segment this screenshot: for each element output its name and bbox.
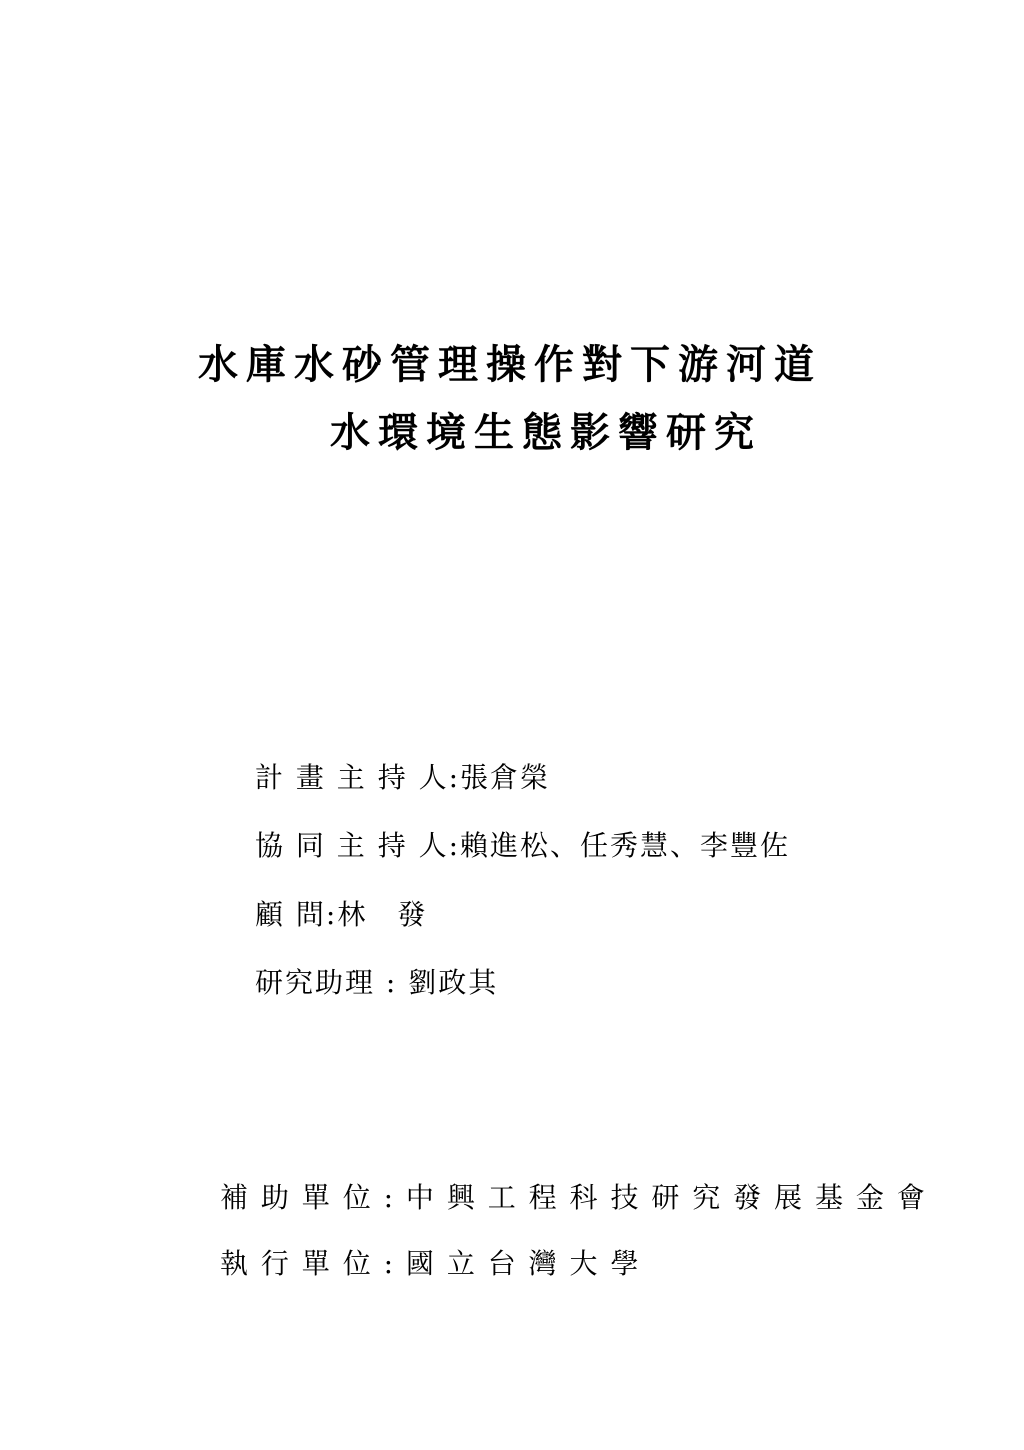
- credit-line-research-assistant: 研究助理 : 劉政其: [255, 968, 498, 997]
- footer-line-sponsor-organization: 補 助 單 位 : 中 興 工 程 科 技 研 究 發 展 基 金 會: [220, 1183, 927, 1212]
- credit-line-principal-investigator: 計 畫 主 持 人:張倉榮: [255, 763, 550, 792]
- footer-line-executing-organization: 執 行 單 位 : 國 立 台 灣 大 學: [220, 1249, 640, 1278]
- credit-line-advisor: 顧 問:林 發: [255, 900, 427, 929]
- report-title-line-2: 水環境生態影響研究: [330, 412, 762, 454]
- credit-line-co-investigators: 協 同 主 持 人:賴進松、任秀慧、李豐佐: [255, 831, 790, 860]
- report-title-line-1: 水庫水砂管理操作對下游河道: [198, 344, 822, 386]
- report-cover-page: 水庫水砂管理操作對下游河道 水環境生態影響研究 計 畫 主 持 人:張倉榮 協 …: [0, 0, 1024, 1450]
